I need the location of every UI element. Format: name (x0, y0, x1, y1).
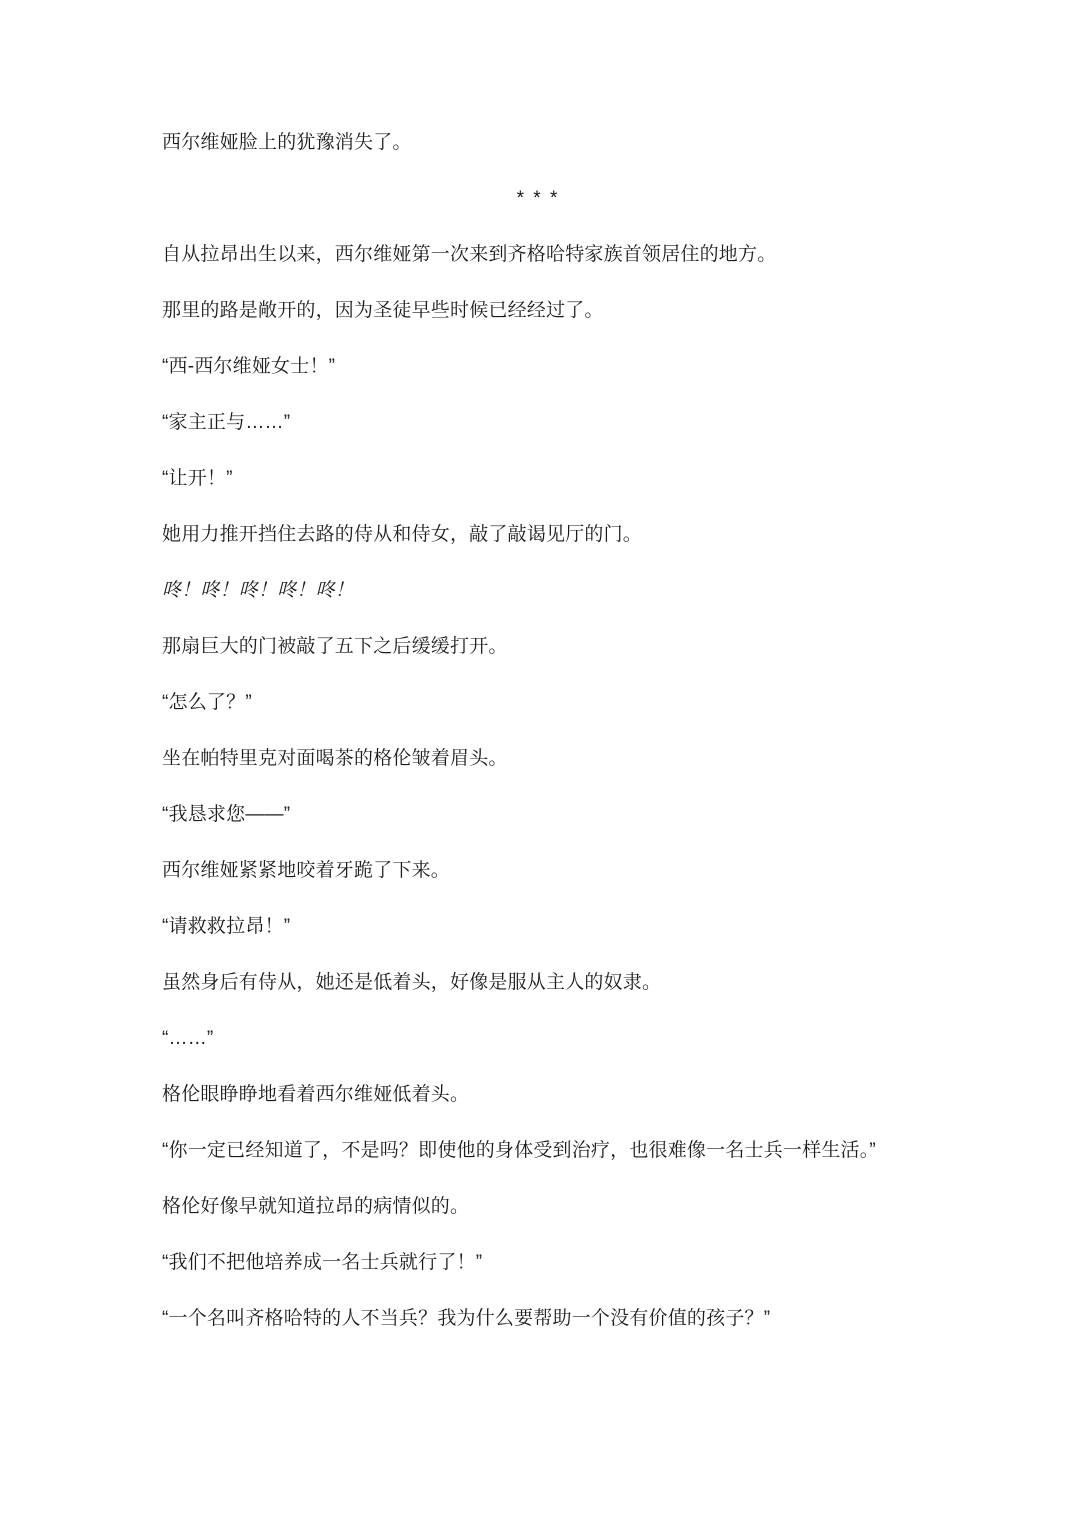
novel-text-page: 西尔维娅脸上的犹豫消失了。 * * * 自从拉昂出生以来，西尔维娅第一次来到齐格… (0, 0, 1074, 1519)
paragraph: 自从拉昂出生以来，西尔维娅第一次来到齐格哈特家族首领居住的地方。 (162, 242, 914, 268)
paragraph: 她用力推开挡住去路的侍从和侍女，敲了敲谒见厅的门。 (162, 522, 914, 548)
paragraph: 坐在帕特里克对面喝茶的格伦皱着眉头。 (162, 746, 914, 772)
dialogue-line: “我恳求您——” (162, 802, 914, 828)
dialogue-line: “一个名叫齐格哈特的人不当兵？我为什么要帮助一个没有价值的孩子？” (162, 1306, 914, 1332)
scene-break: * * * (162, 186, 914, 212)
paragraph: 那里的路是敞开的，因为圣徒早些时候已经经过了。 (162, 298, 914, 324)
sound-effect-line: 咚！咚！咚！咚！咚！ (162, 578, 914, 604)
paragraph: 那扇巨大的门被敲了五下之后缓缓打开。 (162, 634, 914, 660)
dialogue-line: “让开！” (162, 466, 914, 492)
paragraph: 虽然身后有侍从，她还是低着头，好像是服从主人的奴隶。 (162, 970, 914, 996)
paragraph: 西尔维娅脸上的犹豫消失了。 (162, 130, 914, 156)
paragraph: 格伦好像早就知道拉昂的病情似的。 (162, 1194, 914, 1220)
paragraph: 格伦眼睁睁地看着西尔维娅低着头。 (162, 1082, 914, 1108)
dialogue-line: “请救救拉昂！” (162, 914, 914, 940)
dialogue-line: “我们不把他培养成一名士兵就行了！” (162, 1250, 914, 1276)
dialogue-line: “怎么了？” (162, 690, 914, 716)
paragraph: 西尔维娅紧紧地咬着牙跪了下来。 (162, 858, 914, 884)
dialogue-line: “……” (162, 1026, 914, 1052)
dialogue-line: “家主正与……” (162, 410, 914, 436)
dialogue-line: “你一定已经知道了，不是吗？即使他的身体受到治疗，也很难像一名士兵一样生活。” (162, 1138, 914, 1164)
dialogue-line: “西-西尔维娅女士！” (162, 354, 914, 380)
